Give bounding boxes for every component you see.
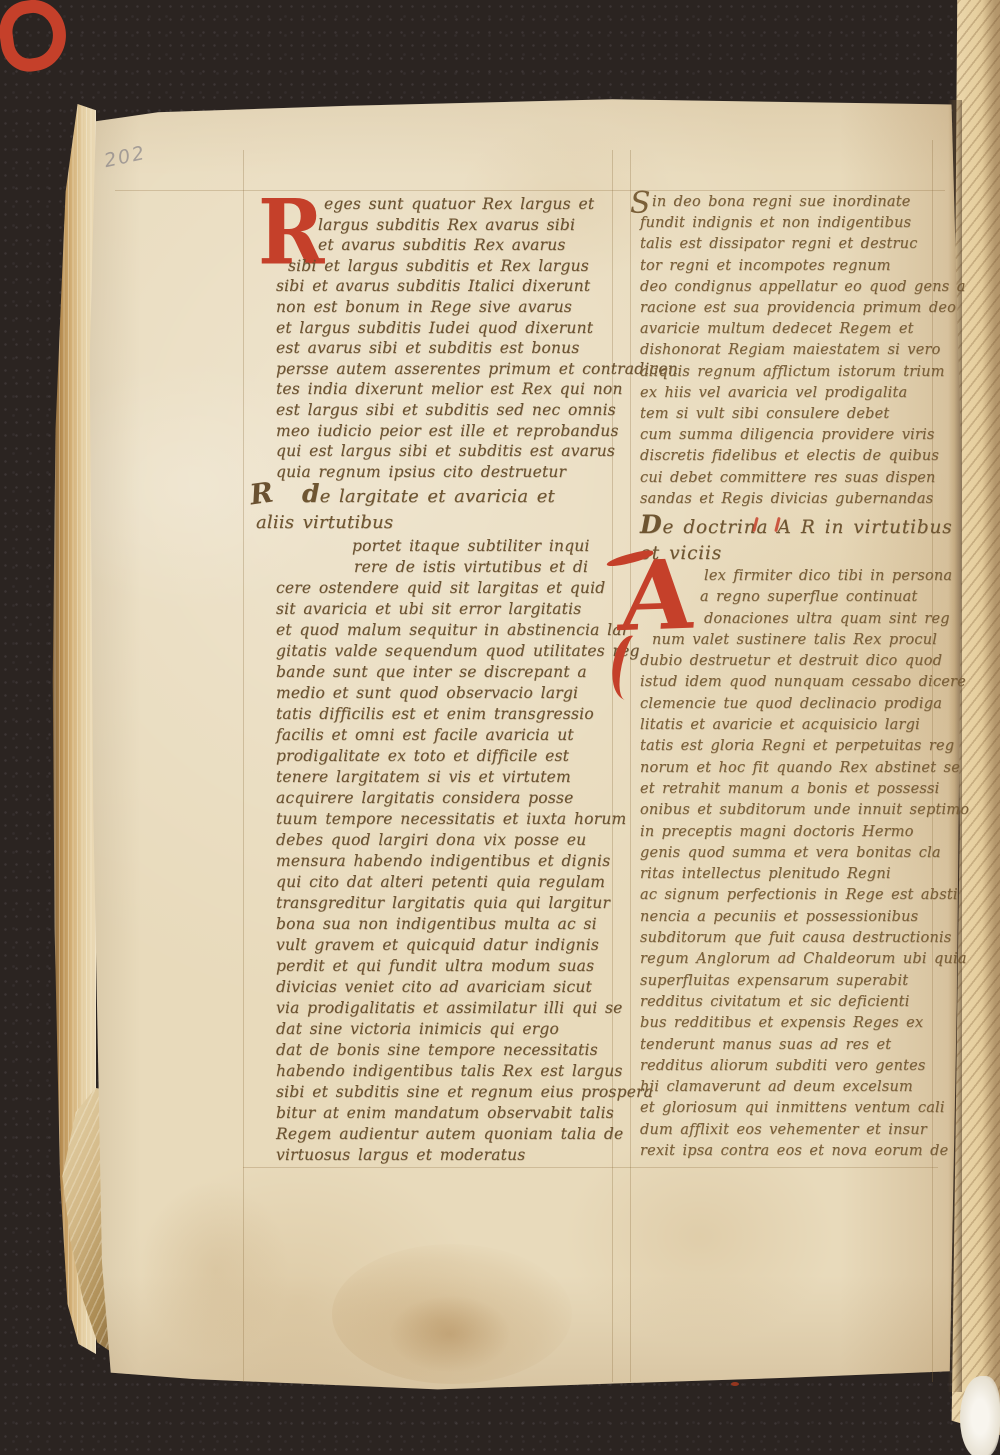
- text-line: donaciones ultra quam sint reg: [640, 609, 938, 630]
- text-line: onibus et subditorum unde innuit septimo: [640, 800, 938, 821]
- text-line: perdit et qui fundit ultra modum suas: [276, 956, 626, 977]
- text-line: sandas et Regis divicias gubernandas: [640, 489, 938, 510]
- text-line: bona sua non indigentibus multa ac si: [276, 914, 626, 935]
- text-line: cui debet committere res suas dispen: [640, 468, 938, 489]
- text-line: avaricie multum dedecet Regem et: [640, 319, 938, 340]
- text-line: sibi et subditis sine et regnum eius pro…: [276, 1082, 626, 1103]
- text-line: dum afflixit eos vehementer et insur: [640, 1120, 938, 1141]
- text-line: tem si vult sibi consulere debet: [640, 404, 938, 425]
- ruling-line-horizontal: [243, 1167, 938, 1168]
- text-line: fundit indignis et non indigentibus: [640, 213, 938, 234]
- text-line: in deo bona regni sue inordinate: [640, 192, 938, 213]
- drop-cap-O: [0, 0, 71, 75]
- text-line: cum summa diligencia providere viris: [640, 425, 938, 446]
- text-line: regum Anglorum ad Chaldeorum ubi quia: [640, 949, 938, 970]
- text-line: medio et sunt quod observacio largi: [276, 683, 626, 704]
- text-line: qui cito dat alteri petenti quia regulam: [276, 872, 626, 893]
- text-line: prodigalitate ex toto et difficile est: [276, 746, 626, 767]
- text-line: non est bonum in Rege sive avarus: [276, 297, 621, 318]
- ruling-line-vertical: [630, 150, 631, 1382]
- text-line: clemencie tue quod declinacio prodiga: [640, 694, 938, 715]
- text-line: sibi et largus subditis et Rex largus: [276, 256, 621, 277]
- text-line: est avarus sibi et subditis est bonus: [276, 338, 621, 359]
- text-line: et largus subditis Iudei quod dixerunt: [276, 318, 621, 339]
- text-line: subditorum que fuit causa destructionis: [640, 928, 938, 949]
- left-column-opening-text: eges sunt quatuor Rex largus etlargus su…: [276, 194, 621, 482]
- text-line: acquirere largitatis considera posse: [276, 788, 626, 809]
- ruling-line-vertical: [243, 150, 244, 1382]
- text-line: dubio destruetur et destruit dico quod: [640, 651, 938, 672]
- text-line: num valet sustinere talis Rex procul: [640, 630, 938, 651]
- text-line: et gloriosum qui inmittens ventum cali: [640, 1098, 938, 1119]
- red-ink-speck: [731, 1382, 739, 1386]
- text-line: portet itaque subtiliter inqui: [276, 536, 626, 557]
- text-line: eges sunt quatuor Rex largus et: [276, 194, 621, 215]
- text-line: cere ostendere quid sit largitas et quid: [276, 578, 626, 599]
- text-line: tatis est gloria Regni et perpetuitas re…: [640, 736, 938, 757]
- text-line: largus subditis Rex avarus sibi: [276, 215, 621, 236]
- text-line: persse autem asserentes primum et contra…: [276, 359, 621, 380]
- text-line: est largus sibi et subditis sed nec omni…: [276, 400, 621, 421]
- text-line: et retrahit manum a bonis et possessi: [640, 779, 938, 800]
- text-line: de largitate et avaricia et: [256, 481, 616, 510]
- text-line: De doctrina A R in virtutibus: [640, 512, 940, 541]
- text-line: lex firmiter dico tibi in persona: [640, 566, 938, 587]
- text-line: superfluitas expensarum superabit: [640, 971, 938, 992]
- text-line: ritas intellectus plenitudo Regni: [640, 864, 938, 885]
- text-line: discretis fidelibus et electis de quibus: [640, 446, 938, 467]
- right-column-top-text: in deo bona regni sue inordinatefundit i…: [640, 192, 938, 510]
- text-line: ac signum perfectionis in Rege est absti: [640, 885, 938, 906]
- ruling-line-horizontal: [115, 190, 945, 191]
- text-line: racione est sua providencia primum deo: [640, 298, 938, 319]
- text-line: deo condignus appellatur eo quod gens a: [640, 277, 938, 298]
- text-line: meo iudicio peior est ille et reprobandu…: [276, 421, 621, 442]
- parchment-stain: [140, 1180, 290, 1360]
- text-line: sibi et avarus subditis Italici dixerunt: [276, 276, 621, 297]
- text-line: nencia a pecuniis et possessionibus: [640, 907, 938, 928]
- text-line: quia regnum ipsius cito destruetur: [276, 462, 621, 483]
- text-line: bus redditibus et expensis Reges ex: [640, 1013, 938, 1034]
- text-line: dat sine victoria inimicis qui ergo: [276, 1019, 626, 1040]
- text-line: tenderunt manus suas ad res et: [640, 1035, 938, 1056]
- text-line: genis quod summa et vera bonitas cla: [640, 843, 938, 864]
- text-line: bitur at enim mandatum observabit talis: [276, 1103, 626, 1124]
- text-line: vult gravem et quicquid datur indignis: [276, 935, 626, 956]
- text-line: aliquis regnum afflictum istorum trium: [640, 362, 938, 383]
- text-line: sit avaricia et ubi sit error largitatis: [276, 599, 626, 620]
- right-column-chapter-text: lex firmiter dico tibi in personaa regno…: [640, 566, 938, 1162]
- text-line: divicias veniet cito ad avariciam sicut: [276, 977, 626, 998]
- text-line: mensura habendo indigentibus et dignis: [276, 851, 626, 872]
- text-line: tatis difficilis est et enim transgressi…: [276, 704, 626, 725]
- text-line: hii clamaverunt ad deum excelsum: [640, 1077, 938, 1098]
- text-line: debes quod largiri dona vix posse eu: [276, 830, 626, 851]
- text-line: ex hiis vel avaricia vel prodigalita: [640, 383, 938, 404]
- text-line: transgreditur largitatis quia qui largit…: [276, 893, 626, 914]
- text-line: aliis virtutibus: [256, 510, 616, 536]
- text-line: et quod malum sequitur in abstinencia la…: [276, 620, 626, 641]
- text-line: litatis et avaricie et acquisicio largi: [640, 715, 938, 736]
- text-line: tenere largitatem si vis et virtutem: [276, 767, 626, 788]
- manuscript-photo: 202 R eges sunt quatuor Rex largus etlar…: [0, 0, 1000, 1455]
- text-line: talis est dissipator regni et destruc: [640, 234, 938, 255]
- parchment-stain: [390, 1296, 510, 1372]
- text-line: redditus civitatum et sic deficienti: [640, 992, 938, 1013]
- text-line: facilis et omni est facile avaricia ut: [276, 725, 626, 746]
- text-line: via prodigalitatis et assimilatur illi q…: [276, 998, 626, 1019]
- text-line: gitatis valde sequendum quod utilitates …: [276, 641, 626, 662]
- text-line: tor regni et incompotes regnum: [640, 256, 938, 277]
- text-line: et avarus subditis Rex avarus: [276, 235, 621, 256]
- text-line: rere de istis virtutibus et di: [276, 557, 626, 578]
- white-fluff: [960, 1376, 1000, 1455]
- text-line: Regem audientur autem quoniam talia de: [276, 1124, 626, 1145]
- text-line: tes india dixerunt melior est Rex qui no…: [276, 379, 621, 400]
- text-line: habendo indigentibus talis Rex est largu…: [276, 1061, 626, 1082]
- left-column-chapter-text: portet itaque subtiliter inquirere de is…: [276, 536, 626, 1166]
- text-line: norum et hoc fit quando Rex abstinet se: [640, 758, 938, 779]
- text-line: qui est largus sibi et subditis est avar…: [276, 441, 621, 462]
- text-line: virtuosus largus et moderatus: [276, 1145, 626, 1166]
- text-line: bande sunt que inter se discrepant a: [276, 662, 626, 683]
- text-line: rexit ipsa contra eos et nova eorum de: [640, 1141, 938, 1162]
- text-line: dat de bonis sine tempore necessitatis: [276, 1040, 626, 1061]
- left-rubric-heading: de largitate et avaricia etaliis virtuti…: [256, 481, 616, 536]
- text-line: dishonorat Regiam maiestatem si vero: [640, 340, 938, 361]
- text-line: tuum tempore necessitatis et iuxta horum: [276, 809, 626, 830]
- text-line: a regno superflue continuat: [640, 587, 938, 608]
- text-line: istud idem quod nunquam cessabo dicere: [640, 672, 938, 693]
- text-line: in preceptis magni doctoris Hermo: [640, 822, 938, 843]
- text-line: redditus aliorum subditi vero gentes: [640, 1056, 938, 1077]
